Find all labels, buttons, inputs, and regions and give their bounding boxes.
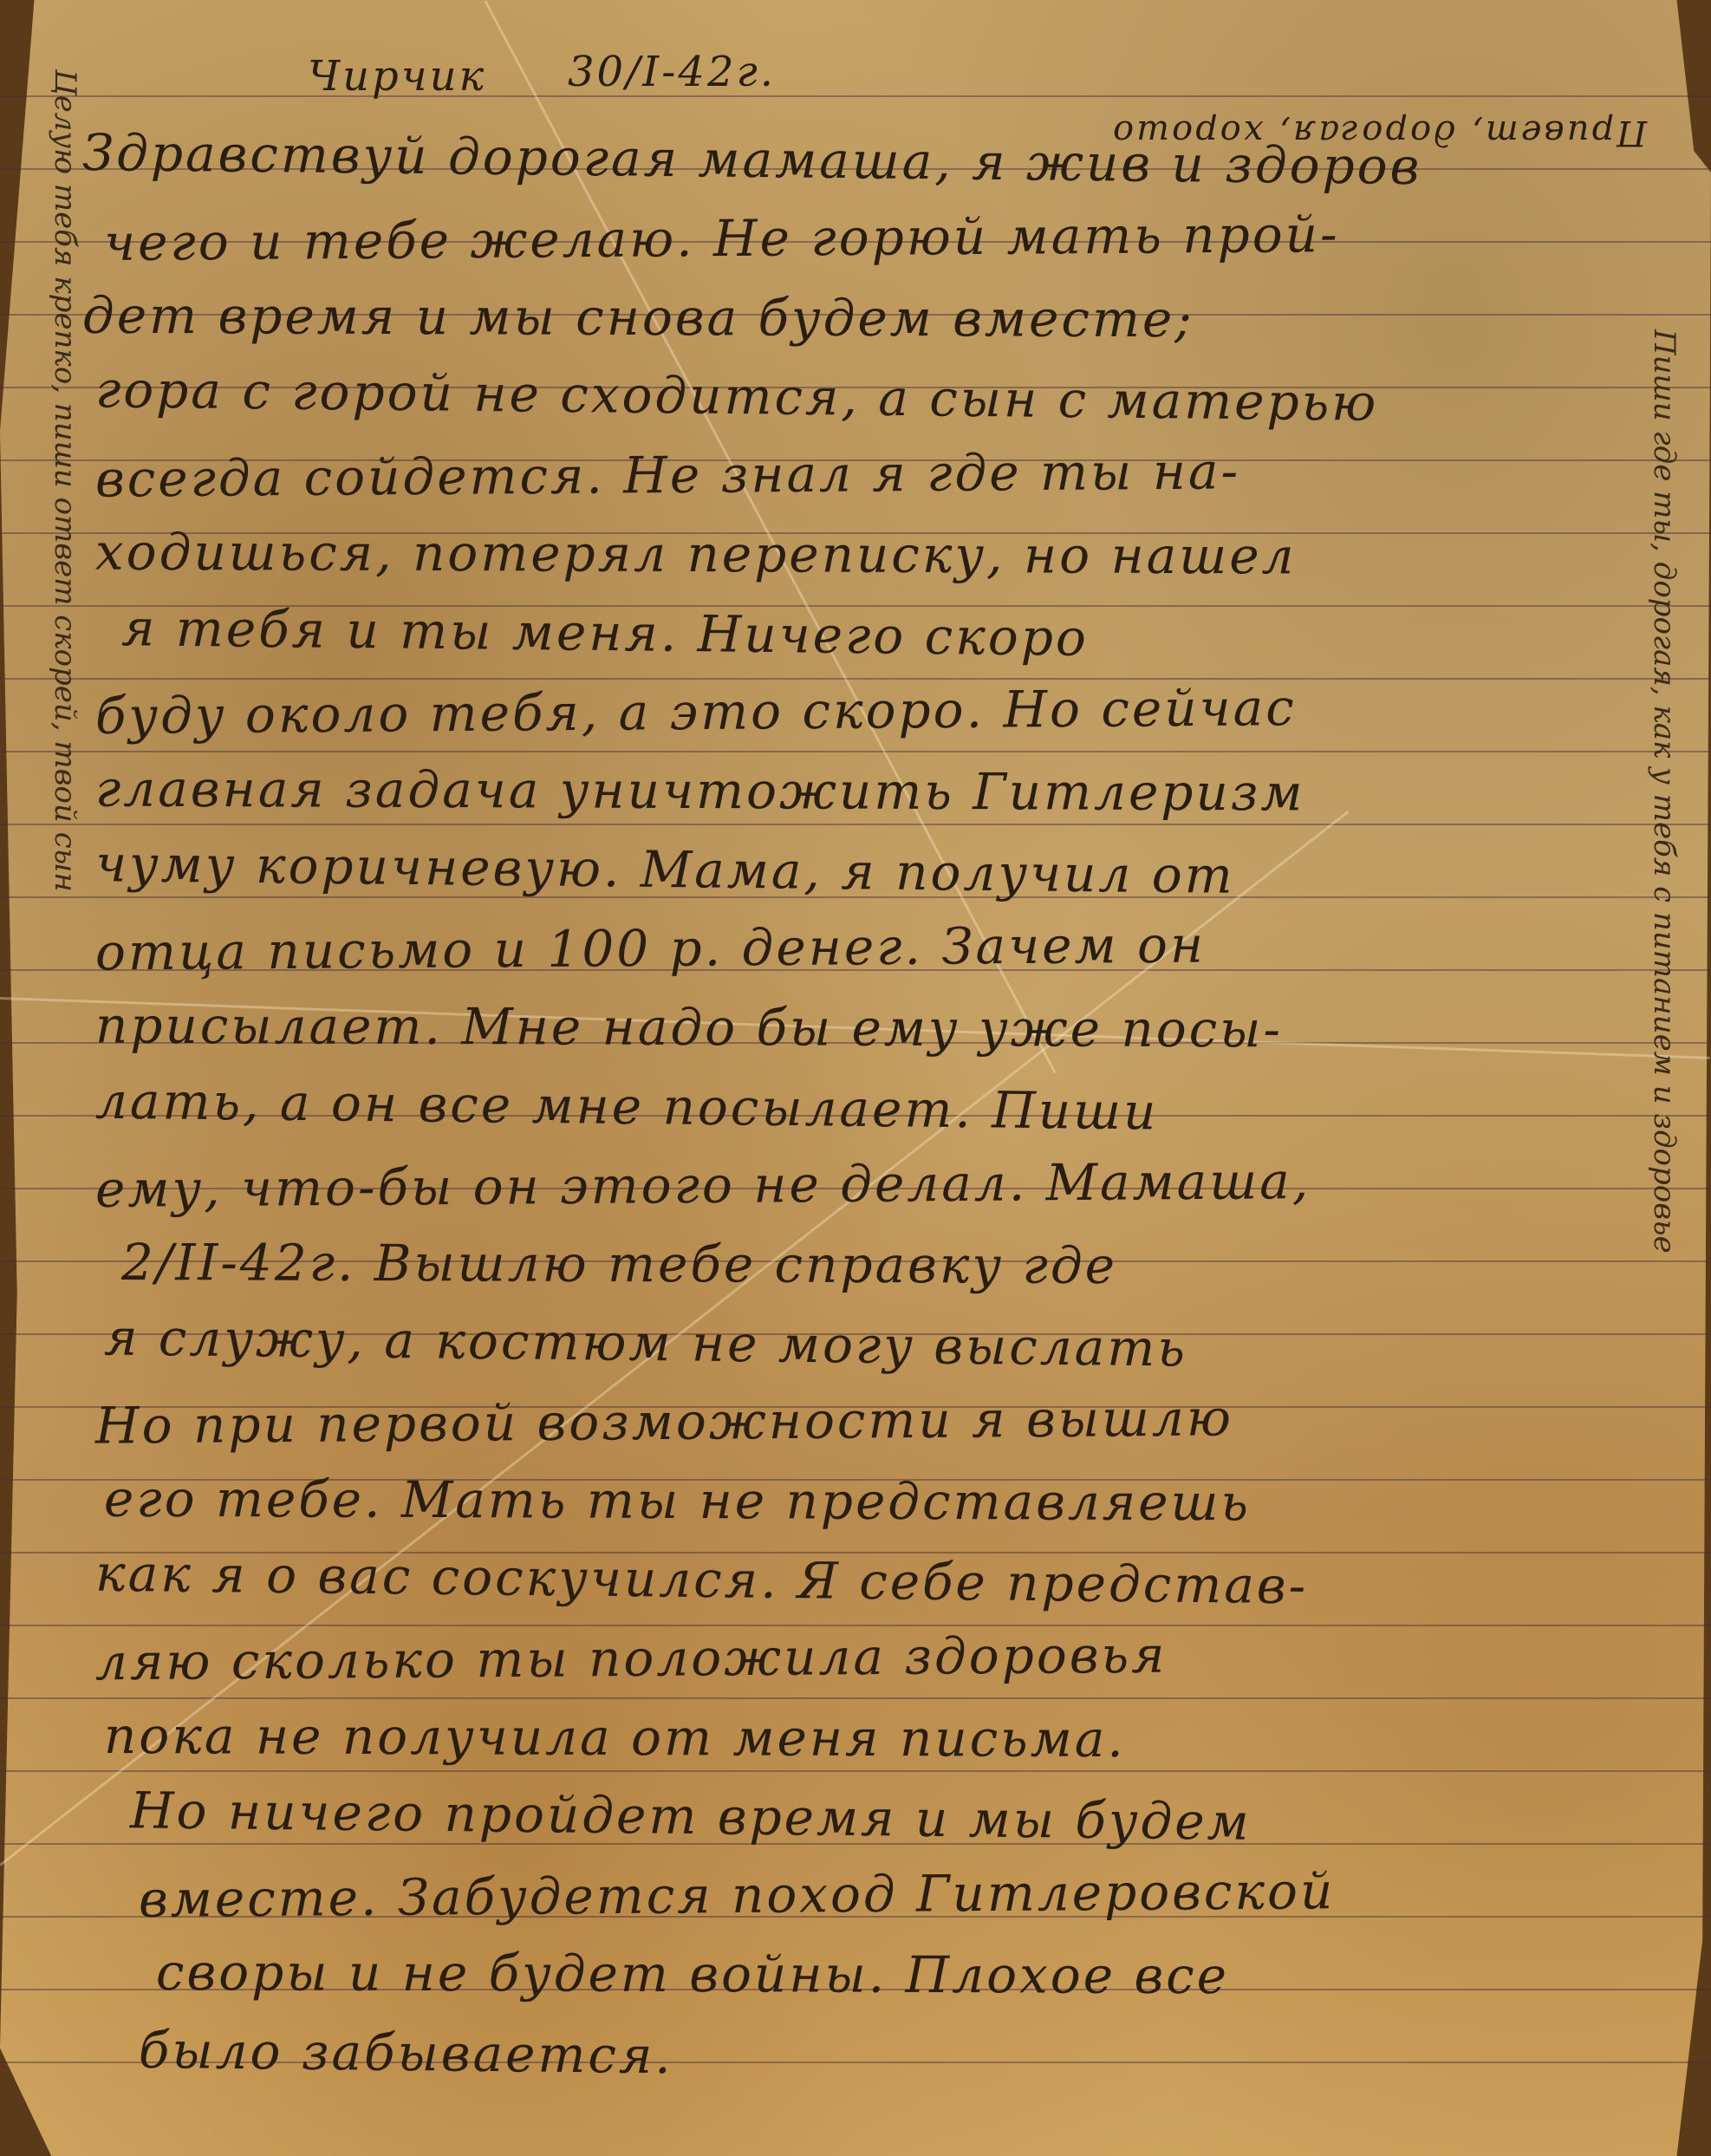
ruled-line bbox=[0, 95, 1711, 97]
left-margin-note: Целую тебя крепко, пиши ответ скорей, тв… bbox=[48, 69, 82, 892]
letter-line: лать, а он все мне посылает. Пиши bbox=[95, 1071, 1159, 1142]
letter-line: Но ничего пройдет время и мы будем bbox=[130, 1781, 1252, 1852]
letter-line: присылает. Мне надо бы ему уже посы- bbox=[95, 996, 1283, 1059]
letter-line: всегда сойдется. Не знал я где ты на- bbox=[95, 441, 1241, 508]
letter-line: его тебе. Мать ты не представляешь bbox=[104, 1469, 1251, 1533]
letter-line: я тебя и ты меня. Ничего скоро bbox=[121, 598, 1090, 668]
right-margin-note: Пиши где ты, дорогая, как у тебя с питан… bbox=[1647, 329, 1682, 1254]
ruled-line bbox=[0, 1770, 1711, 1772]
letter-line: я служу, а костюм не могу выслать bbox=[104, 1307, 1188, 1378]
letter-line: своры и не будет войны. Плохое все bbox=[156, 1943, 1229, 2005]
ruled-line bbox=[0, 824, 1711, 825]
ruled-line bbox=[0, 751, 1711, 752]
ruled-line bbox=[0, 1625, 1711, 1626]
letter-line: вместе. Забудется поход Гитлеровской bbox=[139, 1861, 1336, 1929]
letter-line: отца письмо и 100 р. денег. Зачем он bbox=[95, 915, 1207, 982]
letter-line: Но при первой возможности я вышлю bbox=[95, 1388, 1233, 1455]
letter-line: чего и тебе желаю. Не горюй мать прой- bbox=[104, 205, 1340, 272]
ruled-line bbox=[0, 1697, 1711, 1699]
letter-line: 2/II-42г. Вышлю тебе справку где bbox=[121, 1233, 1117, 1295]
letter-line: чуму коричневую. Мама, я получил от bbox=[95, 834, 1235, 905]
letter-line: ходишься, потерял переписку, но нашел bbox=[95, 523, 1297, 586]
letter-place: Чирчик bbox=[308, 52, 486, 101]
letter-line: главная задача уничтожить Гитлеризм bbox=[95, 759, 1305, 823]
letter-line: дет время и мы снова будем вместе; bbox=[82, 286, 1194, 348]
letter-line: ему, что-бы он этого не делал. Мамаша, bbox=[95, 1151, 1311, 1219]
letter-line: было забывается. bbox=[139, 2021, 673, 2085]
letter-line: ляю сколько ты положила здоровья bbox=[95, 1625, 1168, 1692]
letter-line: пока не получила от меня письма. bbox=[104, 1706, 1126, 1768]
ruled-line bbox=[0, 678, 1711, 680]
letter-line: буду около тебя, а это скоро. Но сейчас bbox=[95, 678, 1297, 746]
letter-date: 30/I-42г. bbox=[568, 48, 776, 96]
